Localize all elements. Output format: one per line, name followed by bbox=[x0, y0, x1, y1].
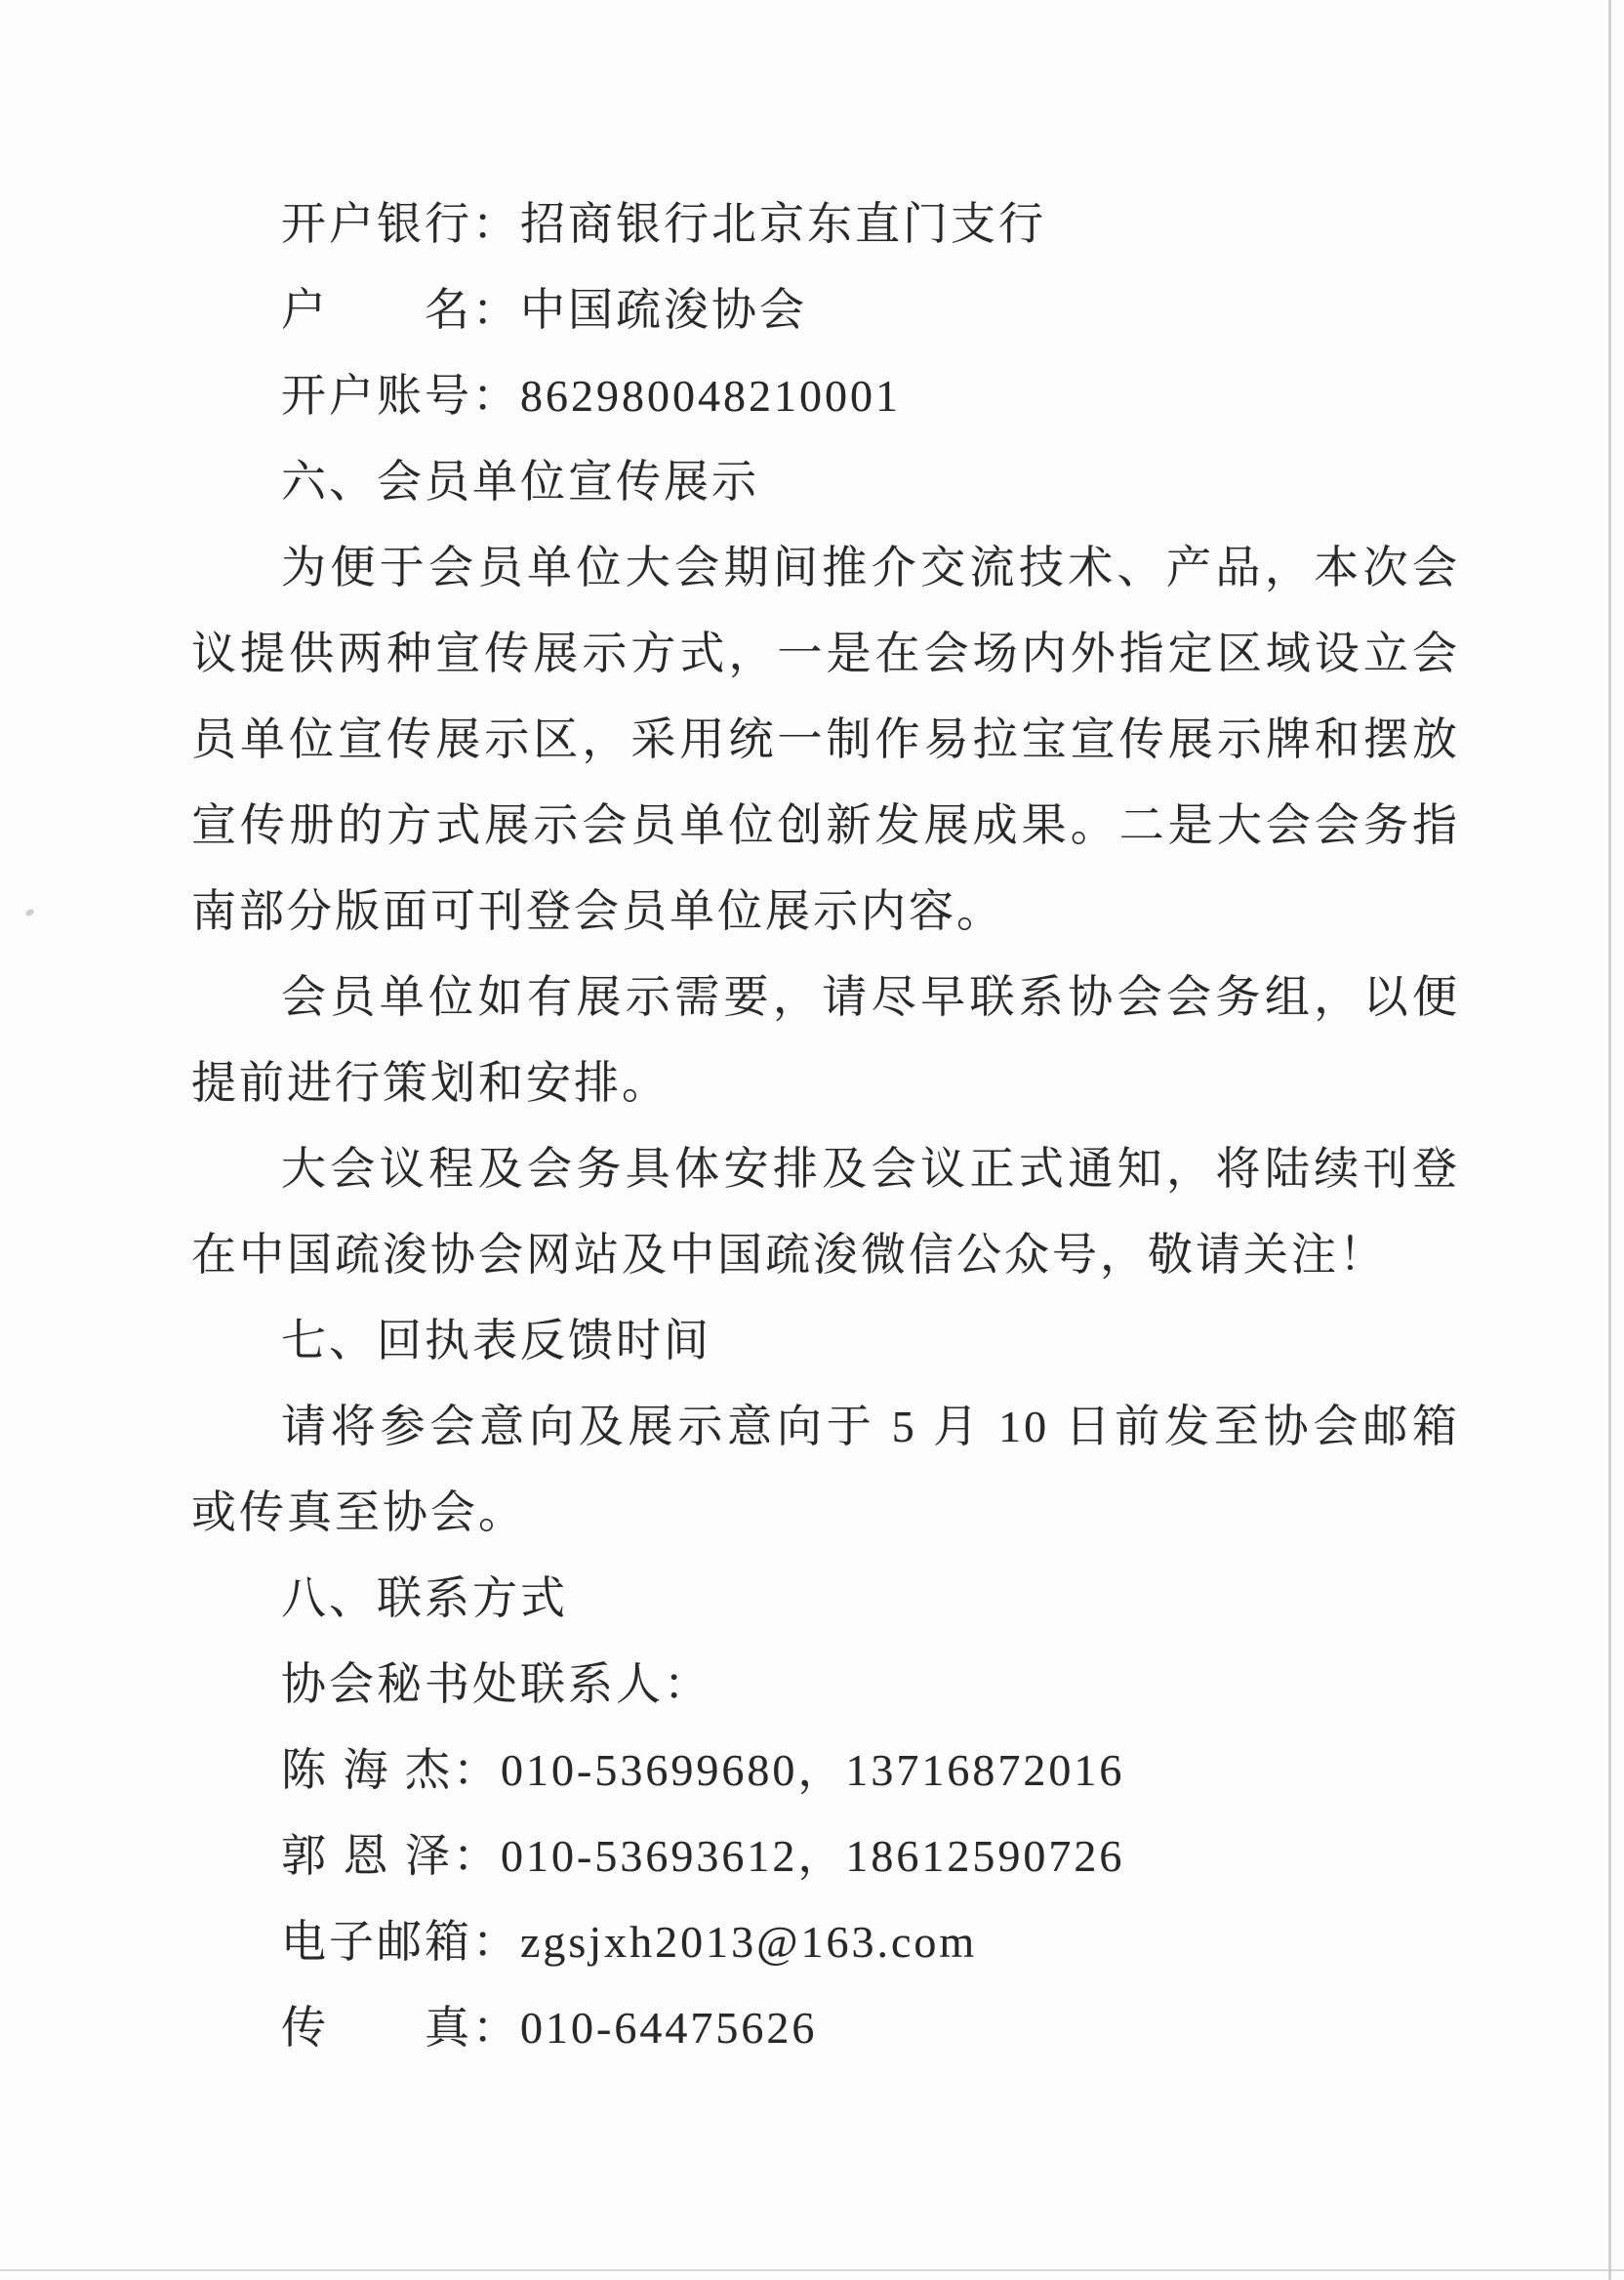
account-name-line: 户 名：中国疏浚协会 bbox=[191, 267, 1460, 353]
section-6-paragraph-1: 为便于会员单位大会期间推介交流技术、产品，本次会议提供两种宣传展示方式，一是在会… bbox=[191, 525, 1460, 955]
scan-edge-bottom bbox=[0, 2269, 1624, 2271]
contact-chen-haijie-line: 陈 海 杰：010-53699680，13716872016 bbox=[191, 1728, 1460, 1813]
account-number-line: 开户账号：862980048210001 bbox=[191, 353, 1460, 439]
section-7-paragraph-1: 请将参会意向及展示意向于 5 月 10 日前发至协会邮箱或传真至协会。 bbox=[191, 1384, 1460, 1556]
email-line: 电子邮箱：zgsjxh2013@163.com bbox=[191, 1899, 1460, 1985]
section-6-heading: 六、会员单位宣传展示 bbox=[191, 439, 1460, 525]
scan-edge-right bbox=[1608, 0, 1611, 2280]
section-7-heading: 七、回执表反馈时间 bbox=[191, 1298, 1460, 1384]
fax-line: 传 真：010-64475626 bbox=[191, 1985, 1460, 2071]
scan-speck bbox=[24, 908, 35, 917]
bank-name-line: 开户银行：招商银行北京东直门支行 bbox=[191, 182, 1460, 267]
contact-guo-enze-line: 郭 恩 泽：010-53693612，18612590726 bbox=[191, 1813, 1460, 1899]
section-6-paragraph-3: 大会议程及会务具体安排及会议正式通知，将陆续刊登在中国疏浚协会网站及中国疏浚微信… bbox=[191, 1126, 1460, 1298]
document-page: 开户银行：招商银行北京东直门支行户 名：中国疏浚协会开户账号：862980048… bbox=[0, 0, 1624, 2280]
secretariat-contact-line: 协会秘书处联系人： bbox=[191, 1642, 1460, 1728]
section-6-paragraph-2: 会员单位如有展示需要，请尽早联系协会会务组，以便提前进行策划和安排。 bbox=[191, 955, 1460, 1126]
section-8-heading: 八、联系方式 bbox=[191, 1556, 1460, 1642]
document-content: 开户银行：招商银行北京东直门支行户 名：中国疏浚协会开户账号：862980048… bbox=[191, 182, 1460, 2071]
